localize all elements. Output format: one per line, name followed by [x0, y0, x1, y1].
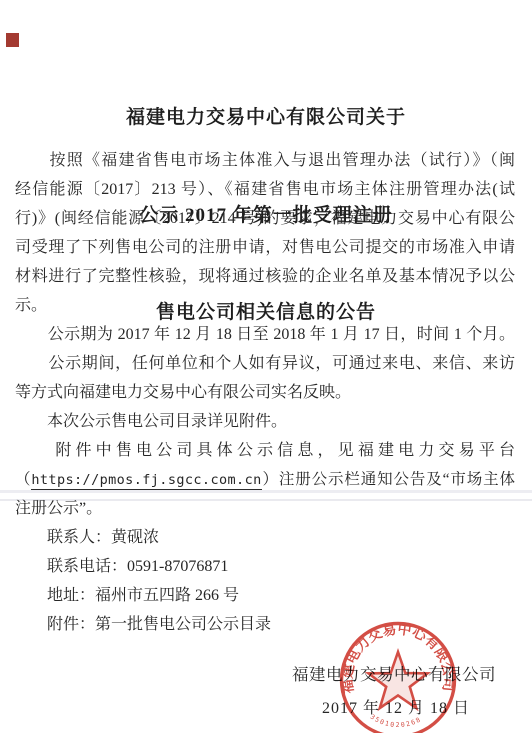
- body-line: 按照《福建省售电市场主体准入与退出管理办法（试行）》（闽: [15, 146, 515, 175]
- url-line-tail: ）注册公示栏通知公告及“市场主体: [262, 471, 515, 488]
- body-line: 注册公示”。: [15, 494, 515, 523]
- title-line-1: 福建电力交易中心有限公司关于: [0, 102, 532, 135]
- body-line: 联系电话：0591-87076871: [15, 552, 515, 581]
- body-line: 公示期为 2017 年 12 月 18 日至 2018 年 1 月 17 日，时…: [15, 320, 515, 349]
- signature-date: 2017 年 12 月 18 日: [322, 695, 470, 718]
- body-line: 经信能源〔2017〕213 号）、《福建省售电市场主体注册管理办法(试: [15, 175, 515, 204]
- body-line: 司受理了下列售电公司的注册申请，对售电公司提交的市场准入申请: [15, 233, 515, 262]
- body-line: 示。: [15, 291, 515, 320]
- body-line: 附件：第一批售电公司公示目录: [15, 610, 515, 639]
- body-line: 材料进行了完整性核验，现将通过核验的企业名单及基本情况予以公: [15, 262, 515, 291]
- body-line: 行)》(闽经信能源〔2017〕214 号)的要求，福建电力交易中心有限公: [15, 204, 515, 233]
- body-line: 地址：福州市五四路 266 号: [15, 581, 515, 610]
- body-line: 本次公示售电公司目录详见附件。: [15, 407, 515, 436]
- body-line: 公示期间，任何单位和个人如有异议，可通过来电、来信、来访: [15, 349, 515, 378]
- signature-company: 福建电力交易中心有限公司: [292, 661, 496, 685]
- document-page: 福建电力交易中心有限公司关于 公示 2017 年第一批受理注册 售电公司相关信息…: [0, 0, 532, 733]
- body-line: 等方式向福建电力交易中心有限公司实名反映。: [15, 378, 515, 407]
- body-line: 联系人：黄砚浓: [15, 523, 515, 552]
- url-open-paren: （: [15, 471, 31, 488]
- body-line: （https://pmos.fj.sgcc.com.cn）注册公示栏通知公告及“…: [15, 465, 515, 494]
- platform-url: https://pmos.fj.sgcc.com.cn: [31, 472, 261, 490]
- document-body: 按照《福建省售电市场主体准入与退出管理办法（试行）》（闽经信能源〔2017〕21…: [15, 146, 515, 639]
- body-line: 附件中售电公司具体公示信息，见福建电力交易平台: [15, 436, 515, 465]
